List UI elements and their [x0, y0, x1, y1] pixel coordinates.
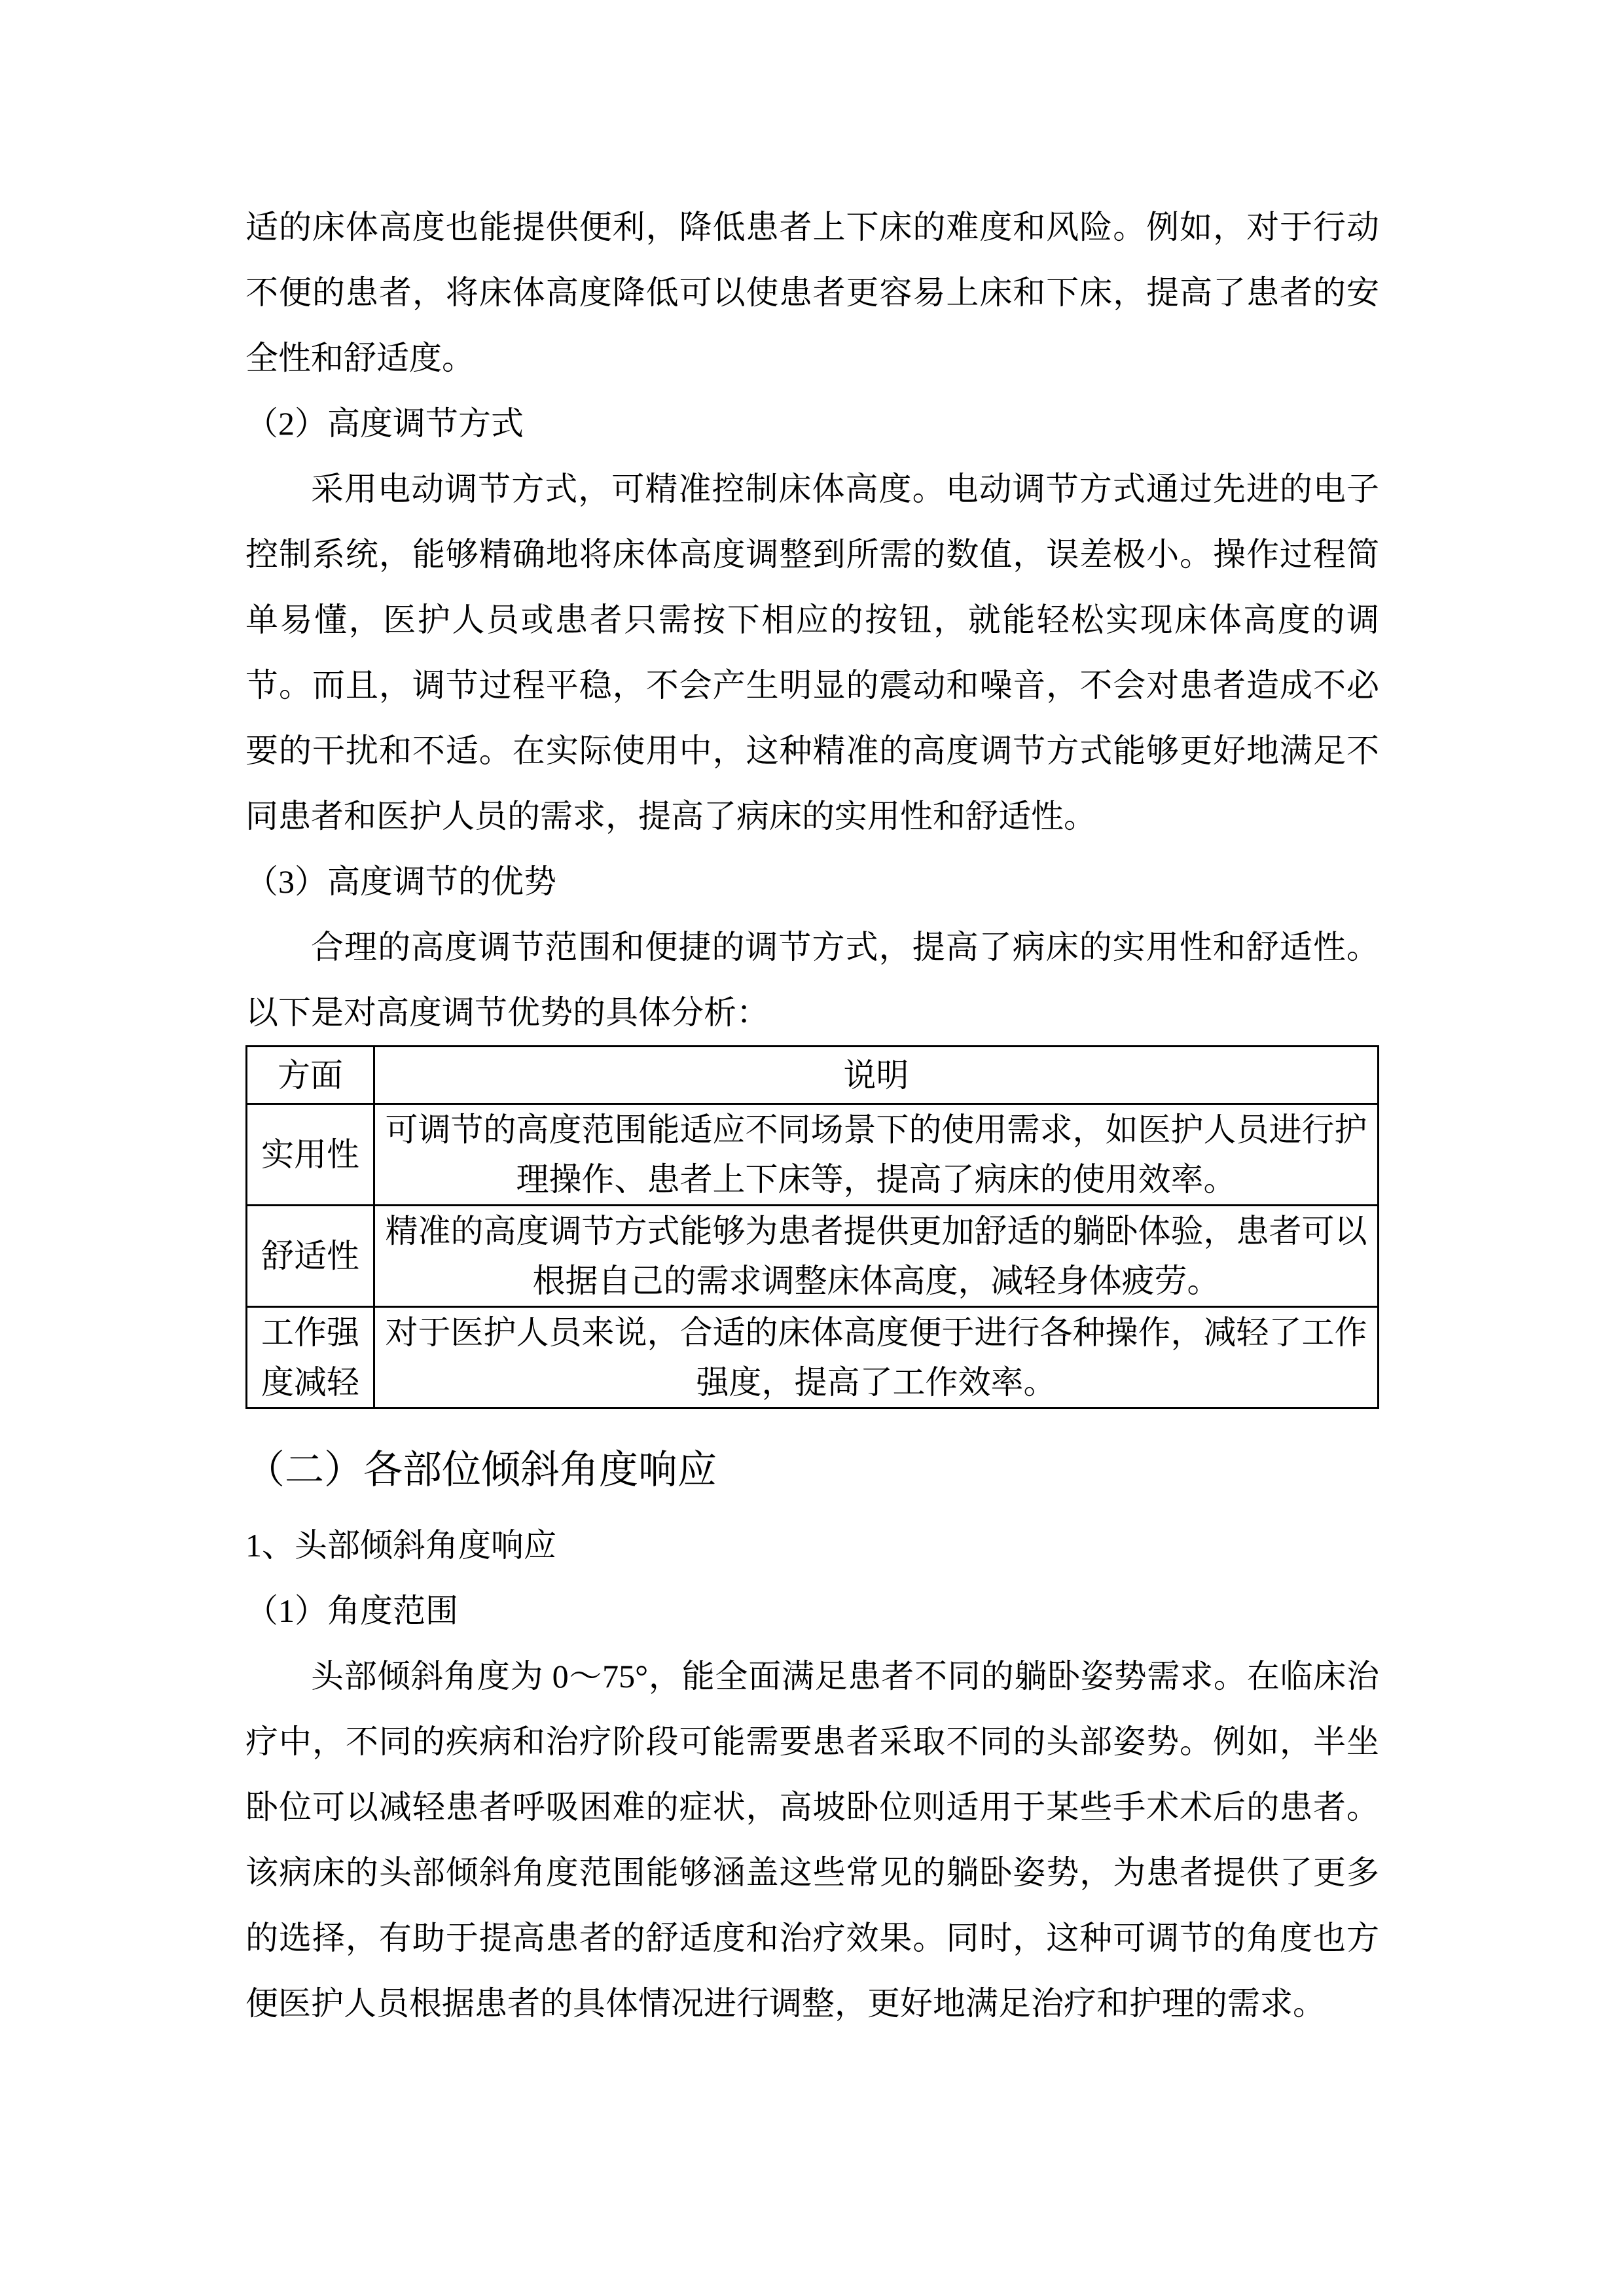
body-paragraph-advantages-intro: 合理的高度调节范围和便捷的调节方式，提高了病床的实用性和舒适性。以下是对高度调节…	[245, 914, 1379, 1045]
table-header-aspect: 方面	[247, 1047, 374, 1104]
body-paragraph-intro-continuation: 适的床体高度也能提供便利，降低患者上下床的难度和风险。例如，对于行动不便的患者，…	[245, 194, 1379, 391]
table-cell-description: 精准的高度调节方式能够为患者提供更加舒适的躺卧体验，患者可以根据自己的需求调整床…	[374, 1206, 1379, 1307]
heading-sub-1-head-tilt-response: 1、头部倾斜角度响应	[245, 1513, 1379, 1578]
advantages-table: 方面 说明 实用性 可调节的高度范围能适应不同场景下的使用需求，如医护人员进行护…	[245, 1045, 1379, 1409]
table-header-description: 说明	[374, 1047, 1379, 1104]
heading-sub-1-1-angle-range: （1）角度范围	[245, 1578, 1379, 1643]
table-cell-aspect: 舒适性	[247, 1206, 374, 1307]
table-cell-aspect: 实用性	[247, 1104, 374, 1206]
table-row-practicality: 实用性 可调节的高度范围能适应不同场景下的使用需求，如医护人员进行护理操作、患者…	[247, 1104, 1379, 1206]
heading-section-2-height-adjust-method: （2）高度调节方式	[245, 391, 1379, 456]
table-cell-aspect: 工作强度减轻	[247, 1307, 374, 1408]
heading-section-3-height-adjust-advantages: （3）高度调节的优势	[245, 849, 1379, 914]
heading-part-2-tilt-angle-response: （二）各部位倾斜角度响应	[245, 1427, 1379, 1513]
table-header-row: 方面 说明	[247, 1047, 1379, 1104]
body-paragraph-head-tilt-range: 头部倾斜角度为 0～75°，能全面满足患者不同的躺卧姿势需求。在临床治疗中，不同…	[245, 1643, 1379, 2036]
table-row-workload-reduction: 工作强度减轻 对于医护人员来说，合适的床体高度便于进行各种操作，减轻了工作强度，…	[247, 1307, 1379, 1408]
table-row-comfort: 舒适性 精准的高度调节方式能够为患者提供更加舒适的躺卧体验，患者可以根据自己的需…	[247, 1206, 1379, 1307]
body-paragraph-electric-adjustment: 采用电动调节方式，可精准控制床体高度。电动调节方式通过先进的电子控制系统，能够精…	[245, 456, 1379, 849]
table-cell-description: 对于医护人员来说，合适的床体高度便于进行各种操作，减轻了工作强度，提高了工作效率…	[374, 1307, 1379, 1408]
document-page: 适的床体高度也能提供便利，降低患者上下床的难度和风险。例如，对于行动不便的患者，…	[0, 0, 1624, 2296]
table-cell-description: 可调节的高度范围能适应不同场景下的使用需求，如医护人员进行护理操作、患者上下床等…	[374, 1104, 1379, 1206]
